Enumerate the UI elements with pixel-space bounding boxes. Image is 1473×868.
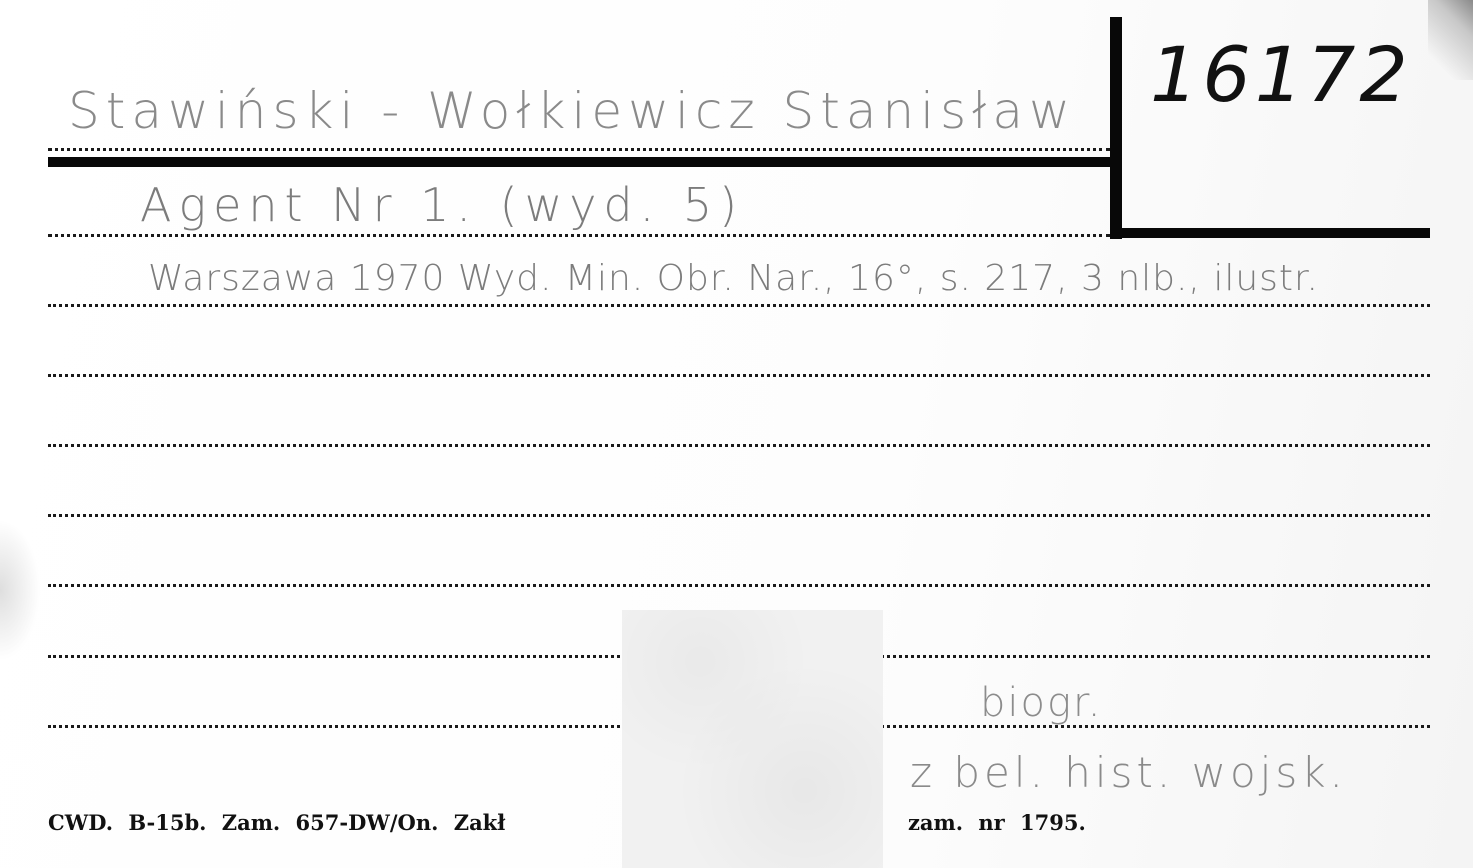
call-number-box-vertical-rule [1110,17,1122,239]
author-handwritten: Stawiński - Wołkiewicz Stanisław [68,82,1076,140]
ruled-line-1 [48,374,1430,377]
title-dotted-line [48,234,1110,237]
pasted-paper-patch [622,610,883,868]
annotation-collection: z bel. hist. wojsk. [910,748,1347,797]
imprint-handwritten: Warszawa 1970 Wyd. Min. Obr. Nar., 16°, … [148,258,1319,299]
ruled-line-4 [48,584,1430,587]
card-stain [0,520,40,660]
author-dotted-line [48,148,1110,151]
title-handwritten: Agent Nr 1. (wyd. 5) [140,178,744,232]
ruled-line-2 [48,444,1430,447]
imprint-dotted-line [48,304,1430,307]
call-number: 16172 [1150,30,1412,119]
call-number-box-bottom-rule [1110,228,1430,238]
printer-imprint-left: CWD. B-15b. Zam. 657-DW/On. Zakł [48,810,505,835]
printer-imprint-right: zam. nr 1795. [908,810,1086,835]
author-heavy-rule [48,157,1110,167]
ruled-line-3 [48,514,1430,517]
annotation-biogr: biogr. [980,680,1102,726]
catalog-card: 16172 Stawiński - Wołkiewicz Stanisław A… [0,0,1473,868]
card-corner-wear [1428,0,1473,80]
